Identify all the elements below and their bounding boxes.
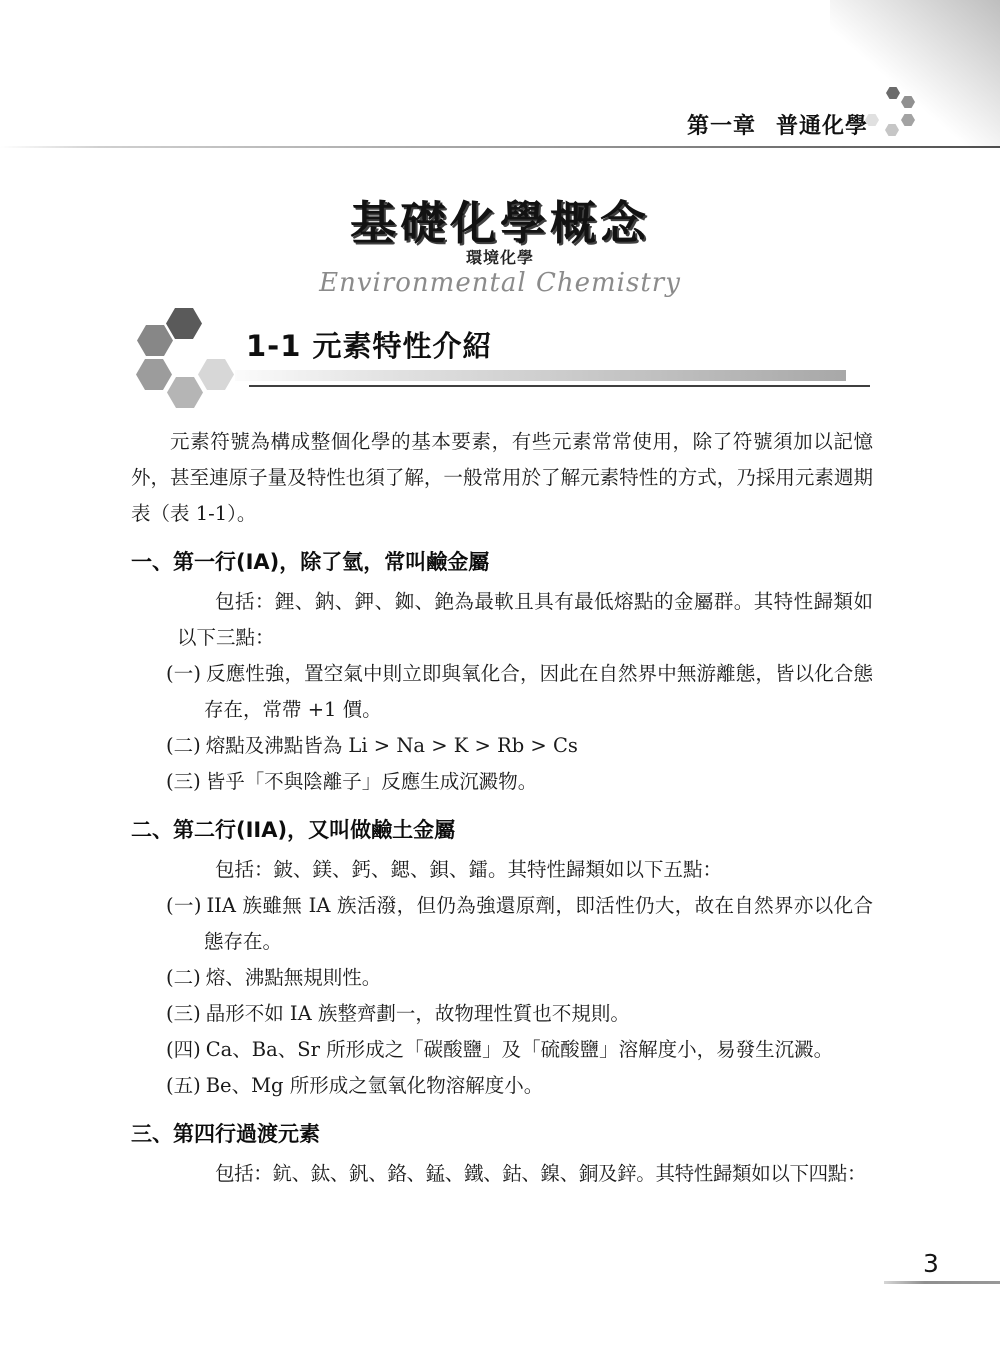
subtitle-english: Environmental Chemistry <box>0 268 1000 298</box>
hexagon-icon <box>167 377 203 408</box>
list-item: (一)IIA 族雖無 IA 族活潑，但仍為強還原劑，即活性仍大，故在自然界亦以化… <box>166 888 873 960</box>
item-text: 反應性強，置空氣中則立即與氧化合，因此在自然界中無游離態，皆以化合態存在，常帶 … <box>204 662 873 721</box>
page-number-rule <box>884 1281 1000 1284</box>
list-item: (二)熔、沸點無規則性。 <box>166 960 873 996</box>
list-item: (三)晶形不如 IA 族整齊劃一，故物理性質也不規則。 <box>166 996 873 1032</box>
main-title: 基礎化學概念 <box>0 198 1000 248</box>
item-text: Be、Mg 所形成之氫氧化物溶解度小。 <box>206 1074 544 1097</box>
item-marker: (五) <box>166 1074 201 1097</box>
section-heading: 三、第四行過渡元素 <box>131 1116 873 1152</box>
section-lead: 包括：鋰、鈉、鉀、銣、銫為最軟且具有最低熔點的金屬群。其特性歸類如以下三點： <box>177 584 873 656</box>
hexagon-icon <box>166 308 202 339</box>
chapter-title: 普通化學 <box>776 114 868 139</box>
list-item: (二)熔點及沸點皆為 Li > Na > K > Rb > Cs <box>166 728 873 764</box>
list-item: (三)皆乎「不與陰離子」反應生成沉澱物。 <box>166 764 873 800</box>
section-number-title: 1-1 元素特性介紹 <box>246 324 493 365</box>
item-marker: (二) <box>166 734 201 757</box>
item-text: Ca、Ba、Sr 所形成之「碳酸鹽」及「硫酸鹽」溶解度小，易發生沉澱。 <box>206 1038 833 1061</box>
list-item: (四)Ca、Ba、Sr 所形成之「碳酸鹽」及「硫酸鹽」溶解度小，易發生沉澱。 <box>166 1032 873 1068</box>
item-text: 熔、沸點無規則性。 <box>206 966 382 989</box>
item-text: 晶形不如 IA 族整齊劃一，故物理性質也不規則。 <box>206 1002 630 1025</box>
section-heading: 二、第二行(IIA)，又叫做鹼土金屬 <box>131 812 873 848</box>
header-rule <box>0 146 1000 148</box>
chapter-label: 第一章 <box>687 114 756 139</box>
item-marker: (一) <box>166 894 201 917</box>
list-item: (五)Be、Mg 所形成之氫氧化物溶解度小。 <box>166 1068 873 1104</box>
section-divider-bar <box>235 370 846 381</box>
hexagon-icon <box>198 359 234 390</box>
section-lead: 包括：鈹、鎂、鈣、鍶、鋇、鐳。其特性歸類如以下五點： <box>177 852 873 888</box>
section-divider-line <box>249 385 870 387</box>
page-number: 3 <box>906 1249 956 1278</box>
title-block: 基礎化學概念 環境化學 Environmental Chemistry <box>0 198 1000 298</box>
hexagon-icon <box>901 114 915 126</box>
intro-paragraph: 元素符號為構成整個化學的基本要素，有些元素常常使用，除了符號須加以記憶外，甚至連… <box>131 424 873 532</box>
list-item: (一)反應性強，置空氣中則立即與氧化合，因此在自然界中無游離態，皆以化合態存在，… <box>166 656 873 728</box>
hexagon-icon <box>886 87 900 99</box>
item-text: 皆乎「不與陰離子」反應生成沉澱物。 <box>206 770 538 793</box>
item-marker: (一) <box>166 662 201 685</box>
item-marker: (三) <box>166 1002 201 1025</box>
section-heading: 一、第一行(IA)，除了氫，常叫鹼金屬 <box>131 544 873 580</box>
hexagon-icon <box>137 325 173 356</box>
item-text: IIA 族雖無 IA 族活潑，但仍為強還原劑，即活性仍大，故在自然界亦以化合態存… <box>204 894 873 953</box>
page-header: 第一章普通化學 <box>0 109 868 140</box>
item-text: 熔點及沸點皆為 Li > Na > K > Rb > Cs <box>206 734 578 757</box>
section-lead: 包括：鈧、鈦、釩、鉻、錳、鐵、鈷、鎳、銅及鋅。其特性歸類如以下四點： <box>177 1156 873 1192</box>
page-body: 元素符號為構成整個化學的基本要素，有些元素常常使用，除了符號須加以記憶外，甚至連… <box>131 424 873 1192</box>
hexagon-icon <box>885 124 899 136</box>
item-marker: (三) <box>166 770 201 793</box>
hexagon-icon <box>136 359 172 390</box>
subtitle: 環境化學 <box>0 248 1000 268</box>
hexagon-icon <box>901 96 915 108</box>
item-marker: (四) <box>166 1038 201 1061</box>
item-marker: (二) <box>166 966 201 989</box>
